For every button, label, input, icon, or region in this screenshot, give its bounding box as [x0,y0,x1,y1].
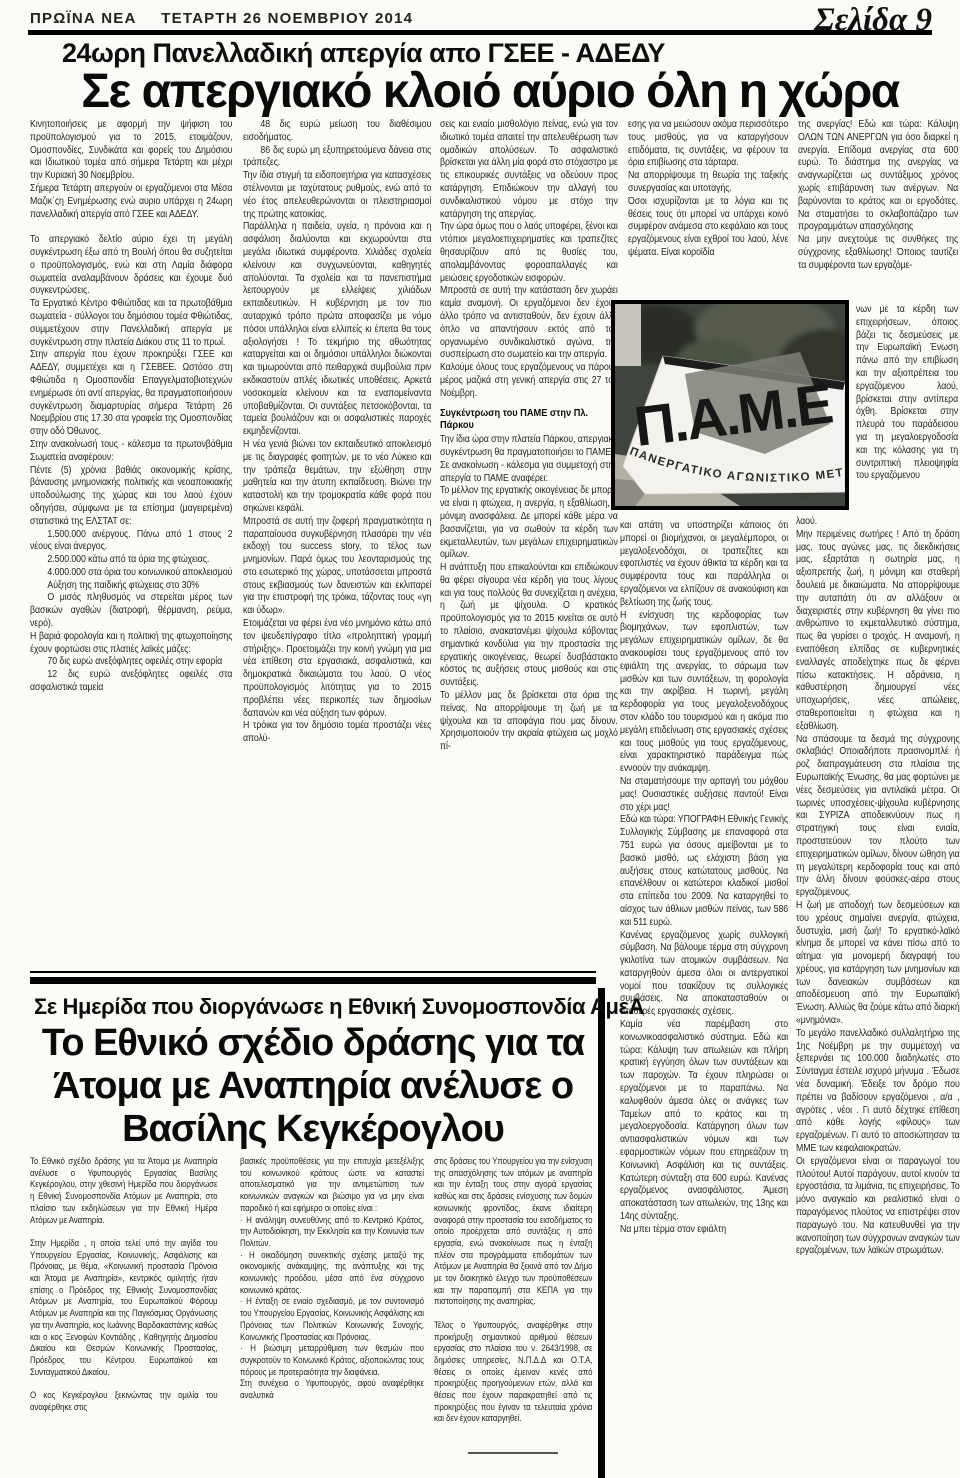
masthead-divider [28,30,932,35]
second-column-c: στις δράσεις του Υπουργείου για την ενίσ… [434,1156,592,1478]
lead-column-4-bottom: και απάτη να υποστηρίζει κάποιος ότι μπο… [620,520,788,1476]
article-end-rule [468,1452,558,1454]
lead-column-4-top: εσης για να μειώσουν ακόμα περισσότερο τ… [628,119,788,297]
lead-column-3-subhead: Συγκέντρωση του ΠΑΜΕ στην Πλ. Πάρκου [440,407,618,433]
lead-column-3-part2: Την ίδια ώρα στην πλατεία Πάρκου, απεργι… [440,434,618,754]
second-column-b: βασικές προϋποθέσεις για την επιτυχία με… [240,1156,424,1478]
lead-headline: Σε απεργιακό κλοιό αύριο όλη η χώρα [60,64,920,119]
second-headline: Το Εθνικό σχέδιο δράσης για τα Άτομα με … [30,1022,596,1151]
pame-flag-illustration: Π.Α.Μ.Ε ΠΑΝΕΡΓΑΤΙΚΟ ΑΓΩΝΙΣΤΙΚΟ ΜΕΤΩΠΟ [615,304,845,506]
lead-column-2: 48 δις ευρώ μείωση του διαθέσιμου εισοδή… [243,119,431,975]
lead-column-3-part1: σεις και ενιαίο μισθολόγιο πείνας, ενώ γ… [440,119,618,401]
lead-column-1: Κινητοποιήσεις με αφορμή την ψήφιση του … [30,119,232,975]
masthead: ΠΡΩΪΝΑ ΝΕΑ ΤΕΤΑΡΤΗ 26 ΝΟΕΜΒΡΙΟΥ 2014 [30,10,413,27]
paper-name: ΠΡΩΪΝΑ ΝΕΑ [30,10,137,27]
issue-date: ΤΕΤΑΡΤΗ 26 ΝΟΕΜΒΡΙΟΥ 2014 [161,10,413,27]
second-column-a: Το Εθνικό σχέδιο δράσης για τα Άτομα με … [30,1156,217,1478]
second-article-top-rule-thick [30,977,596,984]
second-article-vertical-bar [598,988,605,1478]
newspaper-page: ΠΡΩΪΝΑ ΝΕΑ ΤΕΤΑΡΤΗ 26 ΝΟΕΜΒΡΙΟΥ 2014 Σελ… [0,0,960,1478]
lead-column-5-bottom: λαού. Μην περιμένεις σωτήρες ! Από τη δρ… [796,516,960,1476]
lead-column-3: σεις και ενιαίο μισθολόγιο πείνας, ενώ γ… [440,119,618,975]
lead-column-5-beside-photo: νων με τα κέρδη των επιχειρήσεων, όποιος… [856,304,958,512]
second-article-top-rule-thin [30,971,596,973]
second-kicker: Σε Ημερίδα που διοργάνωσε η Εθνική Συνομ… [34,994,644,1020]
lead-column-5-top: της ανεργίας! Εδώ και τώρα: Κάλυψη ΟΛΩΝ … [798,119,958,299]
pame-flag-photo: Π.Α.Μ.Ε ΠΑΝΕΡΓΑΤΙΚΟ ΑΓΩΝΙΣΤΙΚΟ ΜΕΤΩΠΟ [611,300,849,510]
